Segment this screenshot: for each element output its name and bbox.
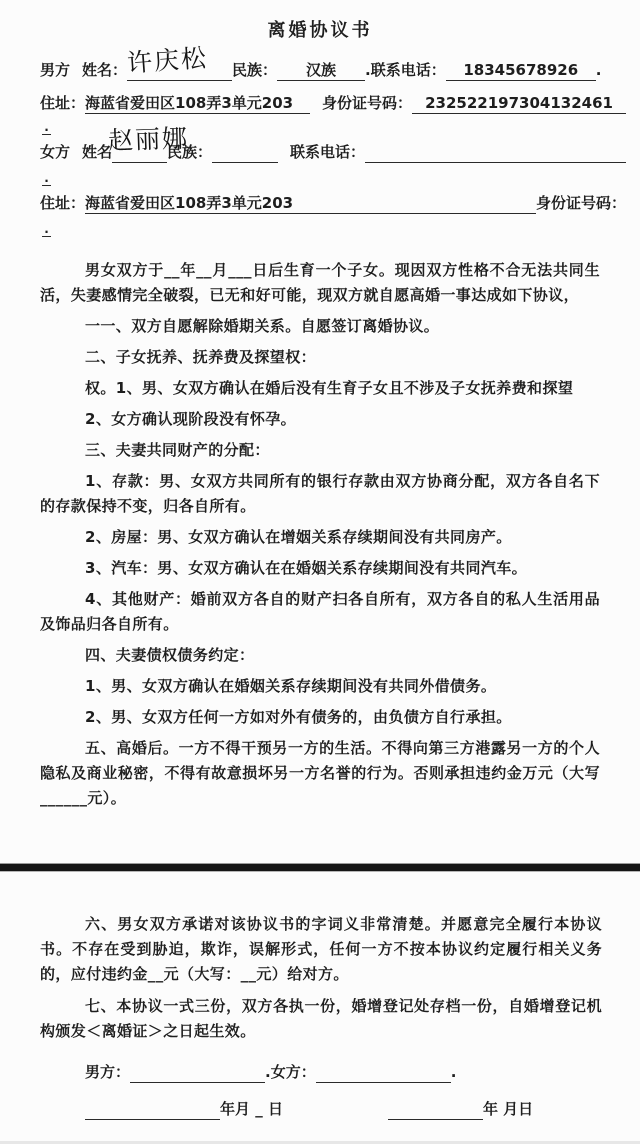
stray-period-1: .	[42, 120, 640, 142]
husband-id-label: 身份证号码：	[322, 93, 412, 114]
clause-4-item-2: 2、男、女双方任何一方如对外有债务的，由负债方自行承担。	[40, 705, 600, 730]
clause-6: 六、男女双方承诺对该协议书的字词义非常清楚。并愿意完全履行本协议书。不存在受到胁…	[40, 912, 602, 987]
husband-ethnic-label: 民族：	[232, 60, 277, 81]
husband-name-blank: 许庆松	[127, 60, 232, 81]
husband-name-handwritten: 许庆松	[126, 47, 208, 74]
husband-address-row: 住址： 海蓝省爱田区108弄3单元203 身份证号码： 232522197304…	[40, 93, 626, 114]
clause-7: 七、本协议一式三份，双方各执一份，婚增登记处存档一份，自婚增登记机构颁发＜离婚证…	[40, 994, 602, 1044]
clause-3-item-3: 3、汽车：男、女双方确认在在婚姻关系存续期间没有共同汽车。	[40, 556, 600, 581]
clause-intro: 男女双方于__年__月___日后生育一个子女。现因双方性格不合无法共同生活，失妻…	[40, 258, 600, 308]
clause-2-item-1: 权。1、男、女双方确认在婚后没有生育子女且不涉及子女抚养费和探望	[40, 376, 600, 401]
husband-info-row: 男方 姓名： 许庆松 民族： 汉族 .联系电话： 18345678926 .	[40, 60, 626, 81]
date-left-blank	[85, 1099, 220, 1120]
clause-3-item-2: 2、房屋：男、女双方确认在增姻关系存续期间没有共同房产。	[40, 525, 600, 550]
wife-party-label: 女方	[40, 142, 70, 163]
wife-address-label: 住址：	[40, 193, 85, 214]
husband-name-label: 姓名：	[82, 60, 127, 81]
clause-3-heading: 三、夫妻共同财产的分配：	[40, 438, 600, 463]
agreement-clauses-page2: 六、男女双方承诺对该协议书的字词义非常清楚。并愿意完全履行本协议书。不存在受到胁…	[40, 912, 602, 1044]
clause-5: 五、高婚后。一方不得干预另一方的生活。不得向第三方港露另一方的个人隐私及商业秘密…	[40, 736, 600, 811]
clause-1: 一一、双方自愿解除婚期关系。自愿签订离婚协议。	[40, 314, 600, 339]
stray-period-2: .	[42, 171, 640, 193]
clause-4-item-1: 1、男、女双方确认在婚姻关系存续期间没有共同外借债务。	[40, 674, 600, 699]
document-page-1: 离婚协议书 男方 姓名： 许庆松 民族： 汉族 .联系电话： 183456789…	[0, 0, 640, 863]
husband-ethnic-value: 汉族	[277, 60, 365, 81]
wife-id-label: 身份证号码：	[536, 193, 626, 214]
husband-phone-label: .联系电话：	[365, 60, 446, 81]
clause-2-heading: 二、子女抚养、抚养费及探望权：	[40, 345, 600, 370]
signature-husband-blank	[130, 1062, 265, 1083]
husband-party-label: 男方	[40, 60, 70, 81]
wife-ethnic-blank	[212, 142, 278, 163]
wife-name-label: 姓名	[82, 142, 112, 163]
stray-period-3: .	[42, 222, 640, 244]
husband-phone-value: 18345678926	[446, 60, 596, 81]
agreement-clauses-page1: 男女双方于__年__月___日后生育一个子女。现因双方性格不合无法共同生活，失妻…	[40, 258, 600, 811]
wife-ethnic-label: 民族：	[167, 142, 212, 163]
document-page-2: 六、男女双方承诺对该协议书的字词义非常清楚。并愿意完全履行本协议书。不存在受到胁…	[0, 872, 640, 1144]
husband-address-label: 住址：	[40, 93, 85, 114]
husband-address-value: 海蓝省爱田区108弄3单元203	[85, 93, 310, 114]
wife-phone-blank	[365, 142, 626, 163]
date-right-label: 年 月日	[483, 1099, 533, 1120]
signature-husband-label: 男方：	[85, 1062, 130, 1083]
husband-id-value: 232522197304132461	[412, 93, 626, 114]
wife-phone-label: 联系电话：	[290, 142, 365, 163]
date-left-label: 年月 _ 日	[220, 1099, 283, 1120]
wife-name-blank: 赵丽娜	[112, 142, 167, 163]
wife-address-row: 住址： 海蓝省爱田区108弄3单元203 身份证号码：	[40, 193, 626, 214]
signature-wife-tail: .	[451, 1062, 457, 1083]
clause-3-item-1: 1、存款：男、女双方共同所有的银行存款由双方协商分配，双方各自名下的存款保持不变…	[40, 469, 600, 519]
signature-wife-blank	[316, 1062, 451, 1083]
clause-4-heading: 四、夫妻债权债务约定：	[40, 643, 600, 668]
signature-row: 男方： . 女方： .	[85, 1062, 640, 1083]
wife-info-row: 女方 姓名 赵丽娜 民族： 联系电话：	[40, 142, 626, 163]
clause-3-item-4: 4、其他财产：婚前双方各自的财产扫各自所有，双方各自的私人生活用品及饰品归各自所…	[40, 587, 600, 637]
page-separator-bar	[0, 863, 640, 872]
date-right-blank	[388, 1099, 483, 1120]
document-title: 离婚协议书	[0, 0, 640, 46]
signature-wife-label: 女方：	[271, 1062, 316, 1083]
date-row: 年月 _ 日 年 月日	[85, 1099, 640, 1120]
clause-2-item-2: 2、女方确认现阶段没有怀孕。	[40, 407, 600, 432]
husband-phone-tail: .	[596, 60, 602, 81]
wife-address-value: 海蓝省爱田区108弄3单元203	[85, 193, 536, 214]
